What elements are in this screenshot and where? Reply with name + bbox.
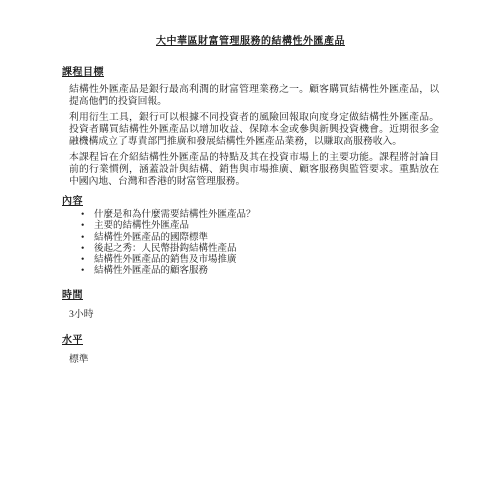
content-heading: 內容 xyxy=(62,196,439,208)
level-heading: 水平 xyxy=(62,335,439,347)
objectives-heading: 課程目標 xyxy=(62,67,439,79)
bullet-item: 結構性外匯產品的顧客服務 xyxy=(62,266,439,277)
duration-value: 3小時 xyxy=(62,309,439,321)
content-bullet-list: 什麼是和為什麼需要結構性外匯產品？ 主要的結構性外匯產品 結構性外匯產品的國際標… xyxy=(62,210,439,278)
bullet-item: 什麼是和為什麼需要結構性外匯產品？ xyxy=(62,210,439,221)
objectives-paragraph-2: 利用衍生工具，銀行可以根據不同投資者的風險回報取向度身定做結構性外匯產品。投資者… xyxy=(62,112,439,148)
section-level: 水平 標準 xyxy=(62,335,439,366)
section-objectives: 課程目標 結構性外匯產品是銀行最高利潤的財富管理業務之一。顧客購買結構性外匯產品… xyxy=(62,67,439,188)
bullet-item: 結構性外匯產品的銷售及市場推廣 xyxy=(62,255,439,266)
document-page: 大中華區財富管理服務的結構性外匯產品 課程目標 結構性外匯產品是銀行最高利潤的財… xyxy=(0,0,495,495)
level-value: 標準 xyxy=(62,354,439,366)
duration-heading: 時間 xyxy=(62,290,439,302)
section-content: 內容 什麼是和為什麼需要結構性外匯產品？ 主要的結構性外匯產品 結構性外匯產品的… xyxy=(62,196,439,278)
objectives-paragraph-1: 結構性外匯產品是銀行最高利潤的財富管理業務之一。顧客購買結構性外匯產品，以提高他… xyxy=(62,84,439,108)
document-title: 大中華區財富管理服務的結構性外匯產品 xyxy=(62,36,439,48)
bullet-item: 後起之秀：人民幣掛鈎結構性產品 xyxy=(62,244,439,255)
objectives-paragraph-3: 本課程旨在介紹結構性外匯產品的特點及其在投資市場上的主要功能。課程將討論目前的行… xyxy=(62,152,439,188)
bullet-item: 結構性外匯產品的國際標準 xyxy=(62,233,439,244)
section-duration: 時間 3小時 xyxy=(62,290,439,321)
bullet-item: 主要的結構性外匯產品 xyxy=(62,221,439,232)
